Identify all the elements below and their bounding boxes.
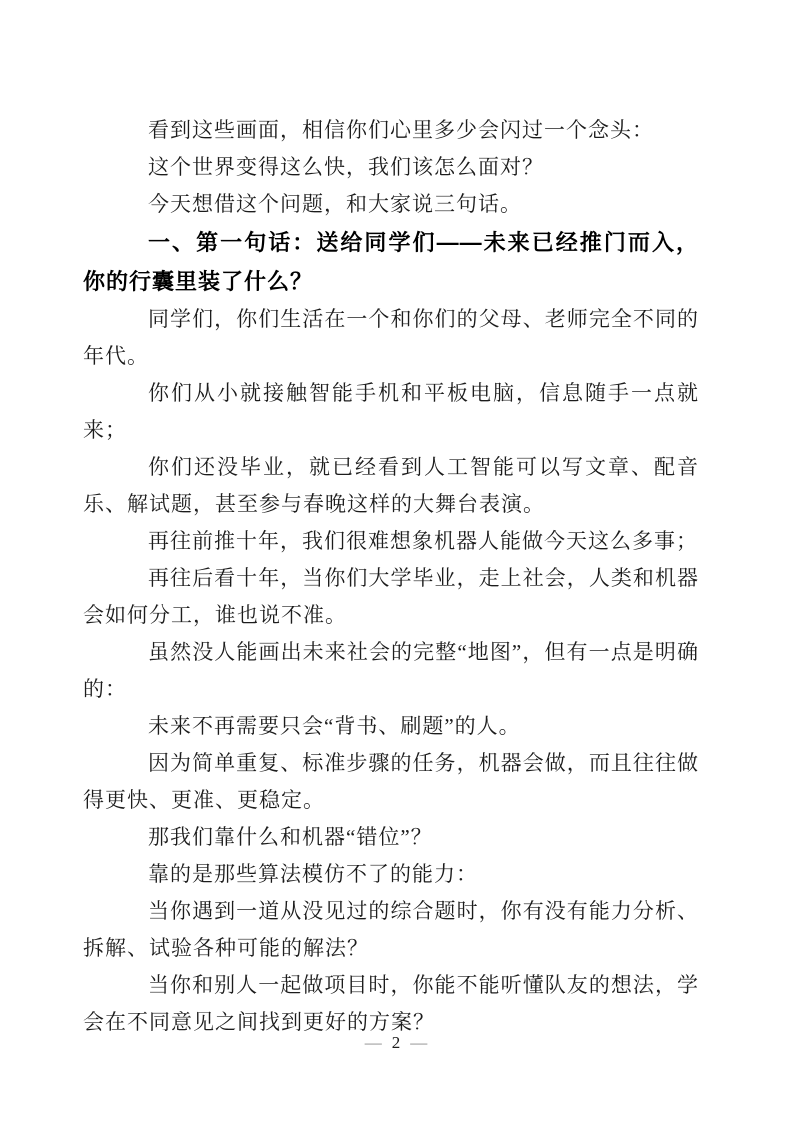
paragraph: 同学们，你们生活在一个和你们的父母、老师完全不同的年代。 xyxy=(83,301,699,375)
paragraph: 未来不再需要只会“背书、刷题”的人。 xyxy=(83,708,699,745)
page-number: 2 xyxy=(392,1033,402,1052)
section-heading: 一、第一句话：送给同学们——未来已经推门而入，你的行囊里装了什么？ xyxy=(83,223,699,301)
document-page: 看到这些画面，相信你们心里多少会闪过一个念头：这个世界变得这么快，我们该怎么面对… xyxy=(0,0,793,1122)
footer-left-dash: — xyxy=(356,1033,392,1052)
paragraph: 今天想借这个问题，和大家说三句话。 xyxy=(83,186,699,223)
paragraph: 你们还没毕业，就已经看到人工智能可以写文章、配音乐、解试题，甚至参与春晚这样的大… xyxy=(83,449,699,523)
paragraph: 虽然没人能画出未来社会的完整“地图”，但有一点是明确的： xyxy=(83,634,699,708)
paragraph: 这个世界变得这么快，我们该怎么面对？ xyxy=(83,149,699,186)
paragraph: 靠的是那些算法模仿不了的能力： xyxy=(83,856,699,893)
footer-right-dash: — xyxy=(401,1033,437,1052)
paragraph: 再往后看十年，当你们大学毕业，走上社会，人类和机器会如何分工，谁也说不准。 xyxy=(83,560,699,634)
paragraph: 再往前推十年，我们很难想象机器人能做今天这么多事； xyxy=(83,523,699,560)
document-body: 看到这些画面，相信你们心里多少会闪过一个念头：这个世界变得这么快，我们该怎么面对… xyxy=(83,112,699,1041)
page-footer: —2— xyxy=(0,1033,793,1053)
paragraph: 当你遇到一道从没见过的综合题时，你有没有能力分析、拆解、试验各种可能的解法？ xyxy=(83,893,699,967)
paragraph: 那我们靠什么和机器“错位”？ xyxy=(83,819,699,856)
paragraph: 当你和别人一起做项目时，你能不能听懂队友的想法，学会在不同意见之间找到更好的方案… xyxy=(83,967,699,1041)
paragraph: 你们从小就接触智能手机和平板电脑，信息随手一点就来； xyxy=(83,375,699,449)
paragraph: 因为简单重复、标准步骤的任务，机器会做，而且往往做得更快、更准、更稳定。 xyxy=(83,745,699,819)
paragraph: 看到这些画面，相信你们心里多少会闪过一个念头： xyxy=(83,112,699,149)
